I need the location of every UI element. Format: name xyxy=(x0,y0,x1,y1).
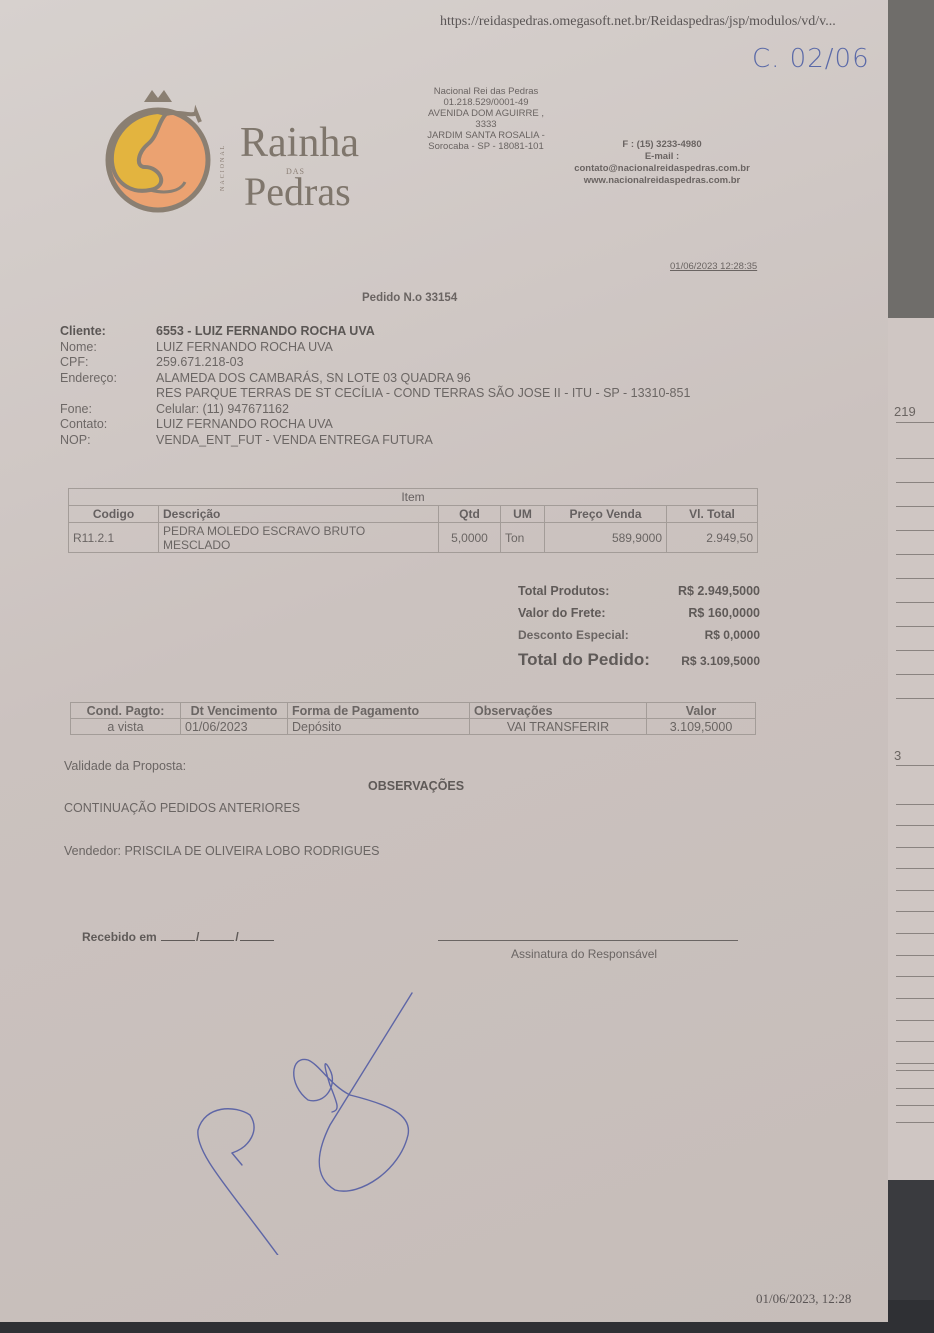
payment-method: Depósito xyxy=(288,719,470,735)
company-city: Sorocaba - SP - 18081-101 xyxy=(412,141,560,152)
item-unit-price: 589,9000 xyxy=(545,523,667,553)
client-info: Cliente: 6553 - LUIZ FERNANDO ROCHA UVA … xyxy=(60,324,690,448)
observations-text: CONTINUAÇÃO PEDIDOS ANTERIORES xyxy=(64,801,300,815)
freight-row: Valor do Frete: R$ 160,0000 xyxy=(518,606,760,628)
received-year-blank xyxy=(240,931,274,941)
discount-value: R$ 0,0000 xyxy=(705,628,760,650)
order-total-row: Total do Pedido: R$ 3.109,5000 xyxy=(518,650,760,676)
brand-prefix: NACIONAL xyxy=(220,130,234,205)
company-website: www.nacionalreidaspedras.com.br xyxy=(562,175,762,187)
item-unit: Ton xyxy=(501,523,545,553)
table-row: a vista 01/06/2023 Depósito VAI TRANSFER… xyxy=(71,719,756,735)
field-label: Contato: xyxy=(60,417,156,433)
freight-label: Valor do Frete: xyxy=(518,606,606,628)
column-header: Item xyxy=(69,489,758,506)
field-label: CPF: xyxy=(60,355,156,371)
column-header: Vl. Total xyxy=(667,506,758,523)
client-row: . RES PARQUE TERRAS DE ST CECÍLIA - COND… xyxy=(60,386,690,402)
item-code: R11.2.1 xyxy=(69,523,159,553)
observations-title: OBSERVAÇÕES xyxy=(368,779,464,793)
item-description-line2: MESCLADO xyxy=(163,538,434,552)
field-label: Cliente: xyxy=(60,324,156,340)
column-header: Valor xyxy=(647,703,756,719)
company-email-label: E-mail : xyxy=(562,151,762,163)
column-header: UM xyxy=(501,506,545,523)
payment-due-date: 01/06/2023 xyxy=(181,719,288,735)
company-contact: F : (15) 3233-4980 E-mail : contato@naci… xyxy=(562,139,762,187)
signature-line xyxy=(438,940,738,941)
column-header: Codigo xyxy=(69,506,159,523)
items-group-header: Item xyxy=(69,489,758,506)
client-row: CPF: 259.671.218-03 xyxy=(60,355,690,371)
total-products-label: Total Produtos: xyxy=(518,584,609,606)
received-day-blank xyxy=(161,931,195,941)
payment-header-row: Cond. Pagto: Dt Vencimento Forma de Paga… xyxy=(71,703,756,719)
column-header: Cond. Pagto: xyxy=(71,703,181,719)
background-paper-sheet: 219 3 xyxy=(880,318,934,1208)
company-cnpj: 01.218.529/0001-49 xyxy=(412,97,560,108)
order-title: Pedido N.o 33154 xyxy=(362,292,457,304)
discount-row: Desconto Especial: R$ 0,0000 xyxy=(518,628,760,650)
payment-amount: 3.109,5000 xyxy=(647,719,756,735)
received-date-field: Recebido em // xyxy=(82,930,275,944)
column-header: Preço Venda xyxy=(545,506,667,523)
discount-label: Desconto Especial: xyxy=(518,628,629,650)
order-total-label: Total do Pedido: xyxy=(518,650,650,670)
field-label: Fone: xyxy=(60,402,156,418)
payment-notes: VAI TRANSFERIR xyxy=(470,719,647,735)
payment-condition: a vista xyxy=(71,719,181,735)
field-value: LUIZ FERNANDO ROCHA UVA xyxy=(156,340,333,356)
total-products-row: Total Produtos: R$ 2.949,5000 xyxy=(518,584,760,606)
column-header: Dt Vencimento xyxy=(181,703,288,719)
company-email: contato@nacionalreidaspedras.com.br xyxy=(562,163,762,175)
field-value: Celular: (11) 947671162 xyxy=(156,402,289,418)
client-row: Cliente: 6553 - LUIZ FERNANDO ROCHA UVA xyxy=(60,324,690,340)
item-quantity: 5,0000 xyxy=(439,523,501,553)
rainha-das-pedras-logo-icon xyxy=(100,82,220,217)
field-value: ALAMEDA DOS CAMBARÁS, SN LOTE 03 QUADRA … xyxy=(156,371,471,387)
company-street: AVENIDA DOM AGUIRRE , xyxy=(412,108,560,119)
background-sheet-number: 3 xyxy=(894,748,901,763)
client-row: Fone: Celular: (11) 947671162 xyxy=(60,402,690,418)
item-description: PEDRA MOLEDO ESCRAVO BRUTO MESCLADO xyxy=(159,523,439,553)
items-table: Item Codigo Descrição Qtd UM Preço Venda… xyxy=(68,488,758,553)
field-value: VENDA_ENT_FUT - VENDA ENTREGA FUTURA xyxy=(156,433,433,449)
brand-name-line2: Pedras xyxy=(244,172,351,212)
seller-name: Vendedor: PRISCILA DE OLIVEIRA LOBO RODR… xyxy=(64,844,379,858)
field-value: 6553 - LUIZ FERNANDO ROCHA UVA xyxy=(156,324,375,340)
field-value: LUIZ FERNANDO ROCHA UVA xyxy=(156,417,333,433)
freight-value: R$ 160,0000 xyxy=(688,606,760,628)
signature-label: Assinatura do Responsável xyxy=(511,947,657,961)
proposal-validity-label: Validade da Proposta: xyxy=(64,759,186,773)
received-label: Recebido em xyxy=(82,930,157,944)
background-sheet-number: 219 xyxy=(894,404,916,419)
column-header: Forma de Pagamento xyxy=(288,703,470,719)
client-row: Nome: LUIZ FERNANDO ROCHA UVA xyxy=(60,340,690,356)
order-timestamp: 01/06/2023 12:28:35 xyxy=(670,261,757,272)
column-header: Descrição xyxy=(159,506,439,523)
print-date: 01/06/2023, 12:28 xyxy=(756,1291,851,1307)
company-district: JARDIM SANTA ROSALIA - xyxy=(412,130,560,141)
company-phone: F : (15) 3233-4980 xyxy=(562,139,762,151)
company-number: 3333 xyxy=(412,119,560,130)
brand-name-line1: Rainha xyxy=(240,122,359,164)
total-products-value: R$ 2.949,5000 xyxy=(678,584,760,606)
received-month-blank xyxy=(200,931,234,941)
company-name: Nacional Rei das Pedras xyxy=(412,86,560,97)
order-totals: Total Produtos: R$ 2.949,5000 Valor do F… xyxy=(518,584,760,676)
items-header-row: Codigo Descrição Qtd UM Preço Venda Vl. … xyxy=(69,506,758,523)
handwritten-note: C. 02/06 xyxy=(752,44,870,74)
column-header: Observações xyxy=(470,703,647,719)
field-label: Nome: xyxy=(60,340,156,356)
field-value: RES PARQUE TERRAS DE ST CECÍLIA - COND T… xyxy=(156,386,690,402)
column-header: Qtd xyxy=(439,506,501,523)
payment-table: Cond. Pagto: Dt Vencimento Forma de Paga… xyxy=(70,702,756,735)
table-row: R11.2.1 PEDRA MOLEDO ESCRAVO BRUTO MESCL… xyxy=(69,523,758,553)
print-url: https://reidaspedras.omegasoft.net.br/Re… xyxy=(440,14,836,30)
handwritten-signature-icon xyxy=(180,965,440,1255)
sales-order-document: https://reidaspedras.omegasoft.net.br/Re… xyxy=(0,0,888,1322)
order-total-value: R$ 3.109,5000 xyxy=(681,654,760,668)
client-row: Endereço: ALAMEDA DOS CAMBARÁS, SN LOTE … xyxy=(60,371,690,387)
field-value: 259.671.218-03 xyxy=(156,355,244,371)
item-total: 2.949,50 xyxy=(667,523,758,553)
field-label: Endereço: xyxy=(60,371,156,387)
client-row: Contato: LUIZ FERNANDO ROCHA UVA xyxy=(60,417,690,433)
company-info: Nacional Rei das Pedras 01.218.529/0001-… xyxy=(412,86,560,152)
client-row: NOP: VENDA_ENT_FUT - VENDA ENTREGA FUTUR… xyxy=(60,433,690,449)
field-label: NOP: xyxy=(60,433,156,449)
item-description-line1: PEDRA MOLEDO ESCRAVO BRUTO xyxy=(163,524,434,538)
